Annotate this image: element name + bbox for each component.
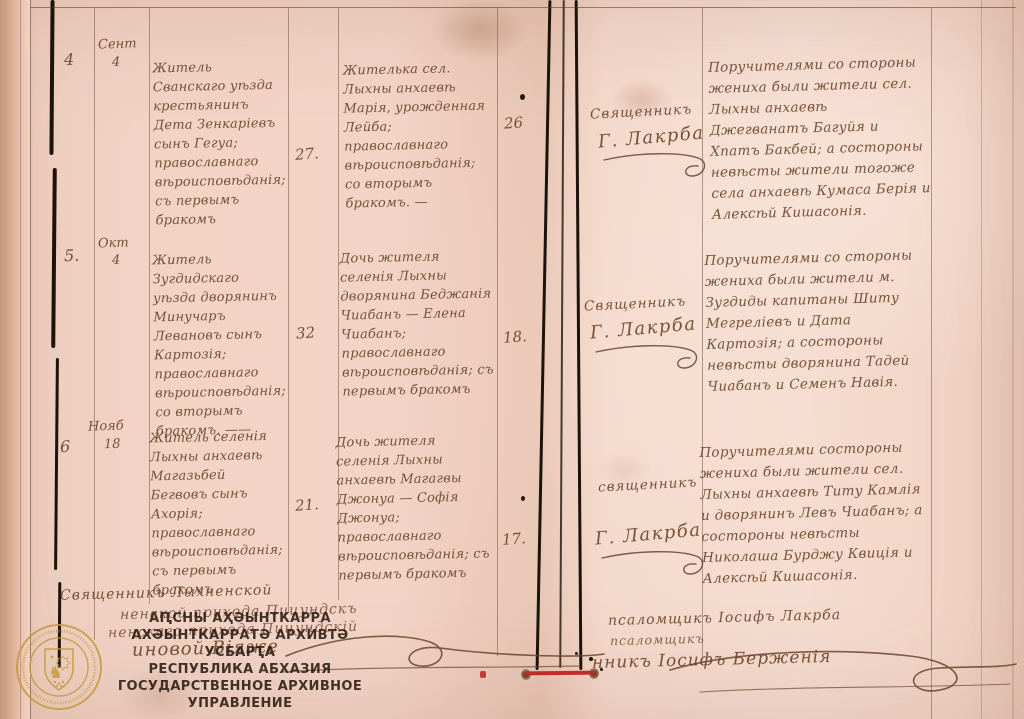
binding-line bbox=[54, 358, 59, 570]
footer-priest-line: Священникъ Лыхненской bbox=[60, 582, 273, 604]
ink-speck bbox=[600, 668, 603, 671]
record-month: Окт bbox=[98, 235, 129, 251]
groom-age: 21. bbox=[294, 495, 319, 515]
ink-speck bbox=[589, 657, 593, 661]
right-page-edge bbox=[1012, 0, 1014, 719]
ink-speck bbox=[575, 652, 578, 655]
scanned-ledger-page: 4 Сент 4 Житель Сванскаго уѣзда крестьян… bbox=[0, 0, 1024, 719]
signature-flourish bbox=[598, 548, 713, 582]
groom-description: Житель Сванскаго уѣзда крестьянинъ Дета … bbox=[152, 57, 289, 231]
bride-description: Жителька сел. Лыхны анхаевѣ Марія, урожд… bbox=[342, 58, 495, 213]
record-month: Сент bbox=[98, 36, 137, 52]
top-rule bbox=[30, 7, 1016, 8]
signature-flourish bbox=[600, 150, 715, 184]
svg-text:♞: ♞ bbox=[48, 663, 63, 683]
column-rule bbox=[288, 8, 289, 612]
footer-psalmist-line: псаломщикъ Іосифъ Лакрба bbox=[608, 607, 841, 629]
witnesses-text: Поручителями со стороны жениха были жите… bbox=[704, 245, 932, 398]
priest-signature: Г. Лакрба bbox=[589, 313, 697, 343]
ink-speck bbox=[521, 496, 525, 501]
spine-binding-line bbox=[536, 0, 551, 670]
record-month: Нояб bbox=[88, 418, 124, 434]
groom-age: 32 bbox=[295, 323, 315, 342]
stamp-emblem: ♞ bbox=[14, 620, 104, 714]
priest-title: Священникъ bbox=[584, 293, 687, 314]
red-binding-thread bbox=[524, 671, 596, 675]
column-rule bbox=[149, 8, 150, 604]
binding-line bbox=[51, 168, 56, 348]
record-day: 4 bbox=[112, 253, 121, 268]
left-crease-line bbox=[20, 0, 21, 719]
signature-flourish bbox=[592, 342, 707, 376]
bride-age: 18. bbox=[502, 327, 527, 347]
bride-age: 17. bbox=[501, 529, 526, 549]
groom-description: Житель селенія Лыхны анхаевѣ Магазьбей Б… bbox=[149, 427, 286, 601]
priest-title: священникъ bbox=[598, 474, 698, 495]
stamp-line-russian: РЕСПУБЛИКА АБХАЗИЯ bbox=[100, 661, 380, 678]
stamp-line-russian: УПРАВЛЕНИЕ bbox=[100, 695, 380, 712]
stamp-line-abkhaz: АХӘЫНТКАРРАТӘ АРХИВТӘ bbox=[100, 627, 380, 644]
record-number: 4 bbox=[64, 50, 75, 69]
ink-speck bbox=[520, 94, 525, 100]
bride-description: Дочь жителя селенія Лыхны анхаевѣ Магагв… bbox=[335, 430, 490, 585]
record-number: 6 bbox=[60, 437, 71, 456]
column-rule bbox=[981, 0, 982, 719]
stamp-line-abkhaz: АԤСНЫ АҲӘЫНТКАРРА bbox=[100, 610, 380, 627]
priest-signature: Г. Лакрба bbox=[594, 519, 702, 549]
column-rule bbox=[94, 8, 95, 640]
record-day: 4 bbox=[112, 55, 121, 70]
witnesses-text: Поручителями состороны жениха были жител… bbox=[699, 437, 933, 590]
binding-line bbox=[49, 0, 54, 155]
priest-signature: Г. Лакрба bbox=[597, 122, 705, 152]
witnesses-text: Поручителями со стороны жениха были жите… bbox=[708, 52, 932, 226]
bride-age: 26 bbox=[503, 113, 523, 132]
signature-flourish bbox=[660, 640, 1020, 700]
left-page-torn-edge bbox=[0, 0, 31, 719]
stamp-line-russian: ГОСУДАРСТВЕННОЕ АРХИВНОЕ bbox=[100, 678, 380, 695]
groom-description: Житель Зугдидскаго уѣзда дворянинъ Минуч… bbox=[152, 249, 289, 442]
spine-binding-line bbox=[575, 0, 583, 670]
column-rule bbox=[497, 8, 498, 656]
priest-title: Священникъ bbox=[590, 101, 693, 122]
bride-description: Дочь жителя селенія Лыхны дворянина Бедж… bbox=[339, 246, 494, 401]
stamp-line-abkhaz: УСБАРҬА bbox=[100, 644, 380, 661]
spine-binding-line bbox=[559, 0, 564, 668]
red-thread-fragment bbox=[480, 671, 486, 678]
record-number: 5. bbox=[64, 246, 80, 266]
record-day: 18 bbox=[104, 437, 121, 453]
groom-age: 27. bbox=[294, 144, 319, 164]
